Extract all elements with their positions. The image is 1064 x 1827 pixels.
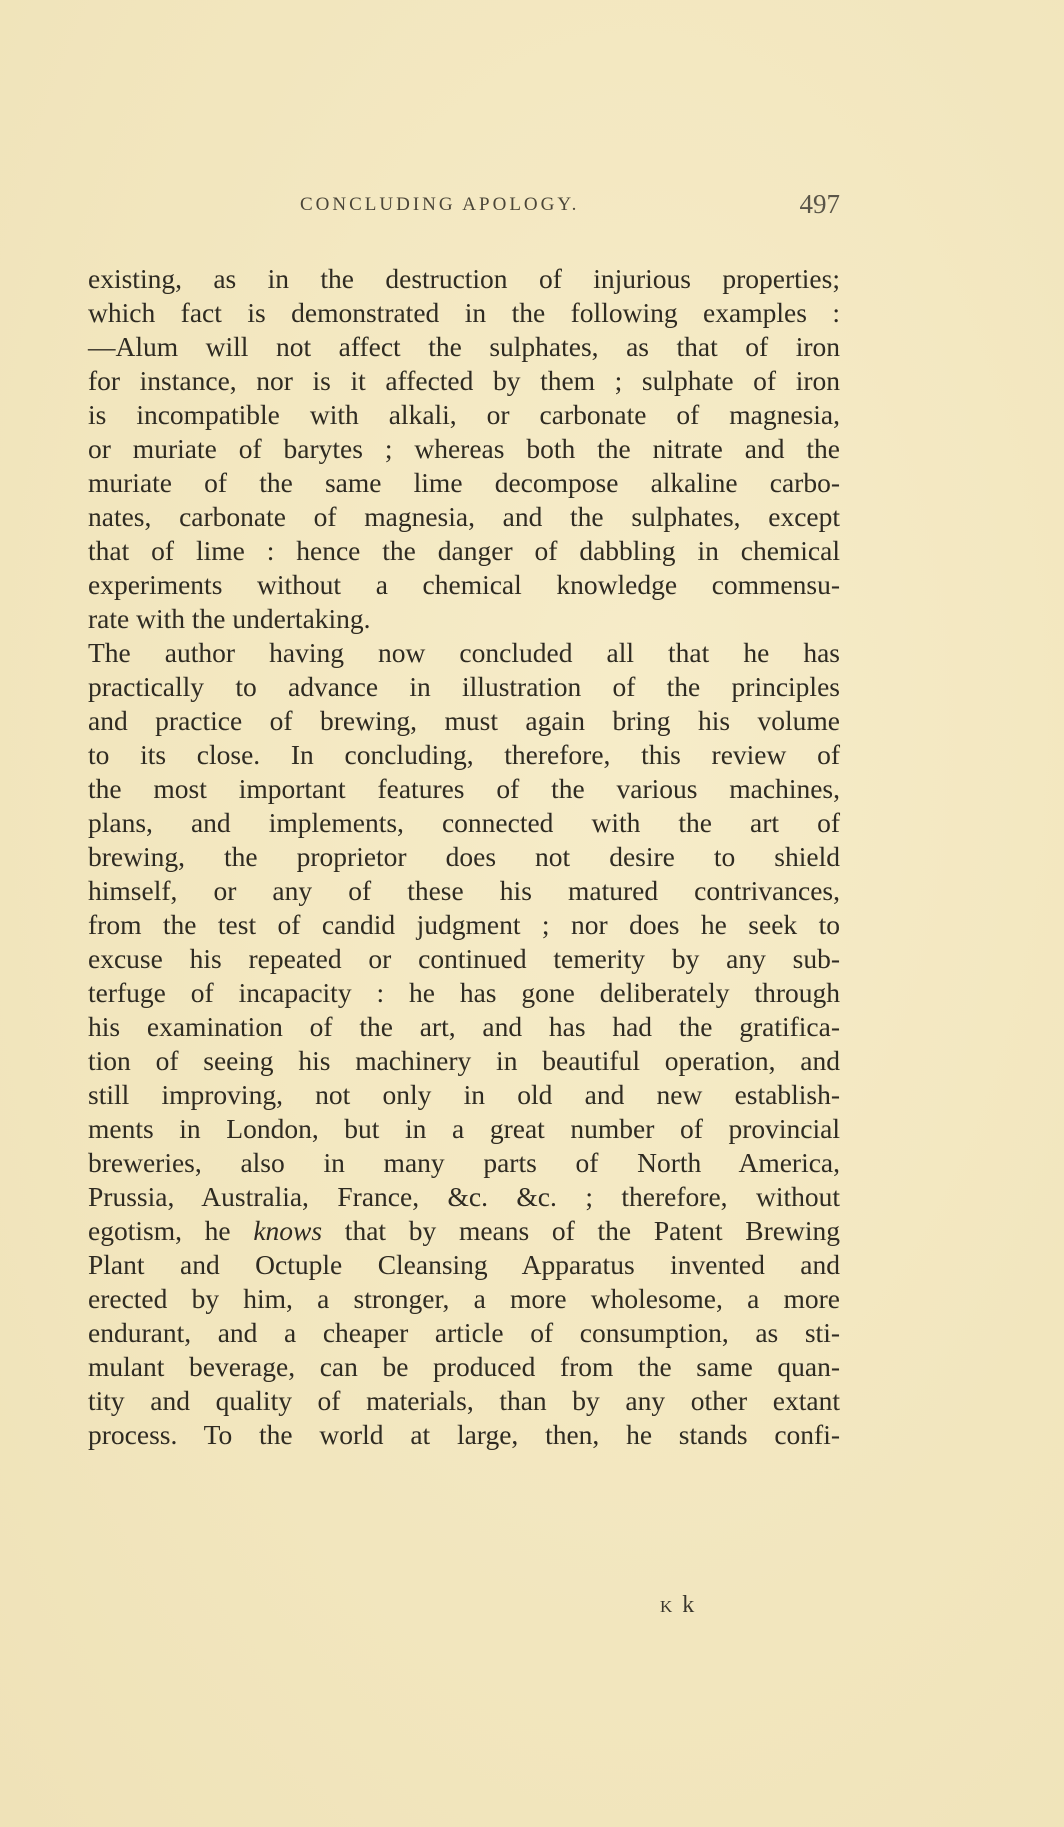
text-line: mulant beverage, can be produced from th… bbox=[88, 1350, 840, 1384]
paragraph-end-line: rate with the undertaking. bbox=[88, 602, 840, 636]
text-line: tion of seeing his machinery in beautifu… bbox=[88, 1044, 840, 1078]
text-line: —Alum will not affect the sulphates, as … bbox=[88, 330, 840, 364]
text-line: process. To the world at large, then, he… bbox=[88, 1418, 840, 1452]
text-line: or muriate of barytes ; whereas both the… bbox=[88, 432, 840, 466]
text-line: brewing, the proprietor does not desire … bbox=[88, 840, 840, 874]
text-segment: egotism, he bbox=[88, 1215, 253, 1246]
text-line: for instance, nor is it affected by them… bbox=[88, 364, 840, 398]
text-line: endurant, and a cheaper article of consu… bbox=[88, 1316, 840, 1350]
text-line: practically to advance in illustration o… bbox=[88, 670, 840, 704]
text-segment: that by means of the Patent Brewing bbox=[322, 1215, 840, 1246]
signature-small: K bbox=[660, 1597, 672, 1616]
page-number: 497 bbox=[800, 189, 841, 220]
signature-large: k bbox=[682, 1592, 696, 1618]
text-line: which fact is demonstrated in the follow… bbox=[88, 296, 840, 330]
text-line: existing, as in the destruction of injur… bbox=[88, 262, 840, 296]
text-line: his examination of the art, and has had … bbox=[88, 1010, 840, 1044]
text-line: breweries, also in many parts of North A… bbox=[88, 1146, 840, 1180]
text-line: plans, and implements, connected with th… bbox=[88, 806, 840, 840]
paragraph-start-line: The author having now concluded all that… bbox=[88, 636, 840, 670]
text-line: muriate of the same lime decompose alkal… bbox=[88, 466, 840, 500]
running-title: CONCLUDING APOLOGY. bbox=[300, 194, 579, 216]
text-line: Prussia, Australia, France, &c. &c. ; th… bbox=[88, 1180, 840, 1214]
italic-emphasis: knows bbox=[253, 1215, 322, 1246]
text-line: himself, or any of these his matured con… bbox=[88, 874, 840, 908]
text-line: from the test of candid judgment ; nor d… bbox=[88, 908, 840, 942]
book-page: CONCLUDING APOLOGY. 497 existing, as in … bbox=[0, 0, 1064, 1827]
running-head: CONCLUDING APOLOGY. 497 bbox=[300, 192, 840, 222]
text-line: ments in London, but in a great number o… bbox=[88, 1112, 840, 1146]
text-line: erected by him, a stronger, a more whole… bbox=[88, 1282, 840, 1316]
text-line-with-italic: egotism, he knows that by means of the P… bbox=[88, 1214, 840, 1248]
text-line: that of lime : hence the danger of dabbl… bbox=[88, 534, 840, 568]
text-line: excuse his repeated or continued temerit… bbox=[88, 942, 840, 976]
signature-mark: Kk bbox=[660, 1592, 696, 1619]
text-line: is incompatible with alkali, or carbonat… bbox=[88, 398, 840, 432]
text-line: terfuge of incapacity : he has gone deli… bbox=[88, 976, 840, 1010]
text-line: Plant and Octuple Cleansing Apparatus in… bbox=[88, 1248, 840, 1282]
body-text: existing, as in the destruction of injur… bbox=[88, 262, 840, 1452]
text-line: still improving, not only in old and new… bbox=[88, 1078, 840, 1112]
text-line: tity and quality of materials, than by a… bbox=[88, 1384, 840, 1418]
text-line: to its close. In concluding, therefore, … bbox=[88, 738, 840, 772]
text-line: and practice of brewing, must again brin… bbox=[88, 704, 840, 738]
text-line: experiments without a chemical knowledge… bbox=[88, 568, 840, 602]
text-line: nates, carbonate of magnesia, and the su… bbox=[88, 500, 840, 534]
text-line: the most important features of the vario… bbox=[88, 772, 840, 806]
